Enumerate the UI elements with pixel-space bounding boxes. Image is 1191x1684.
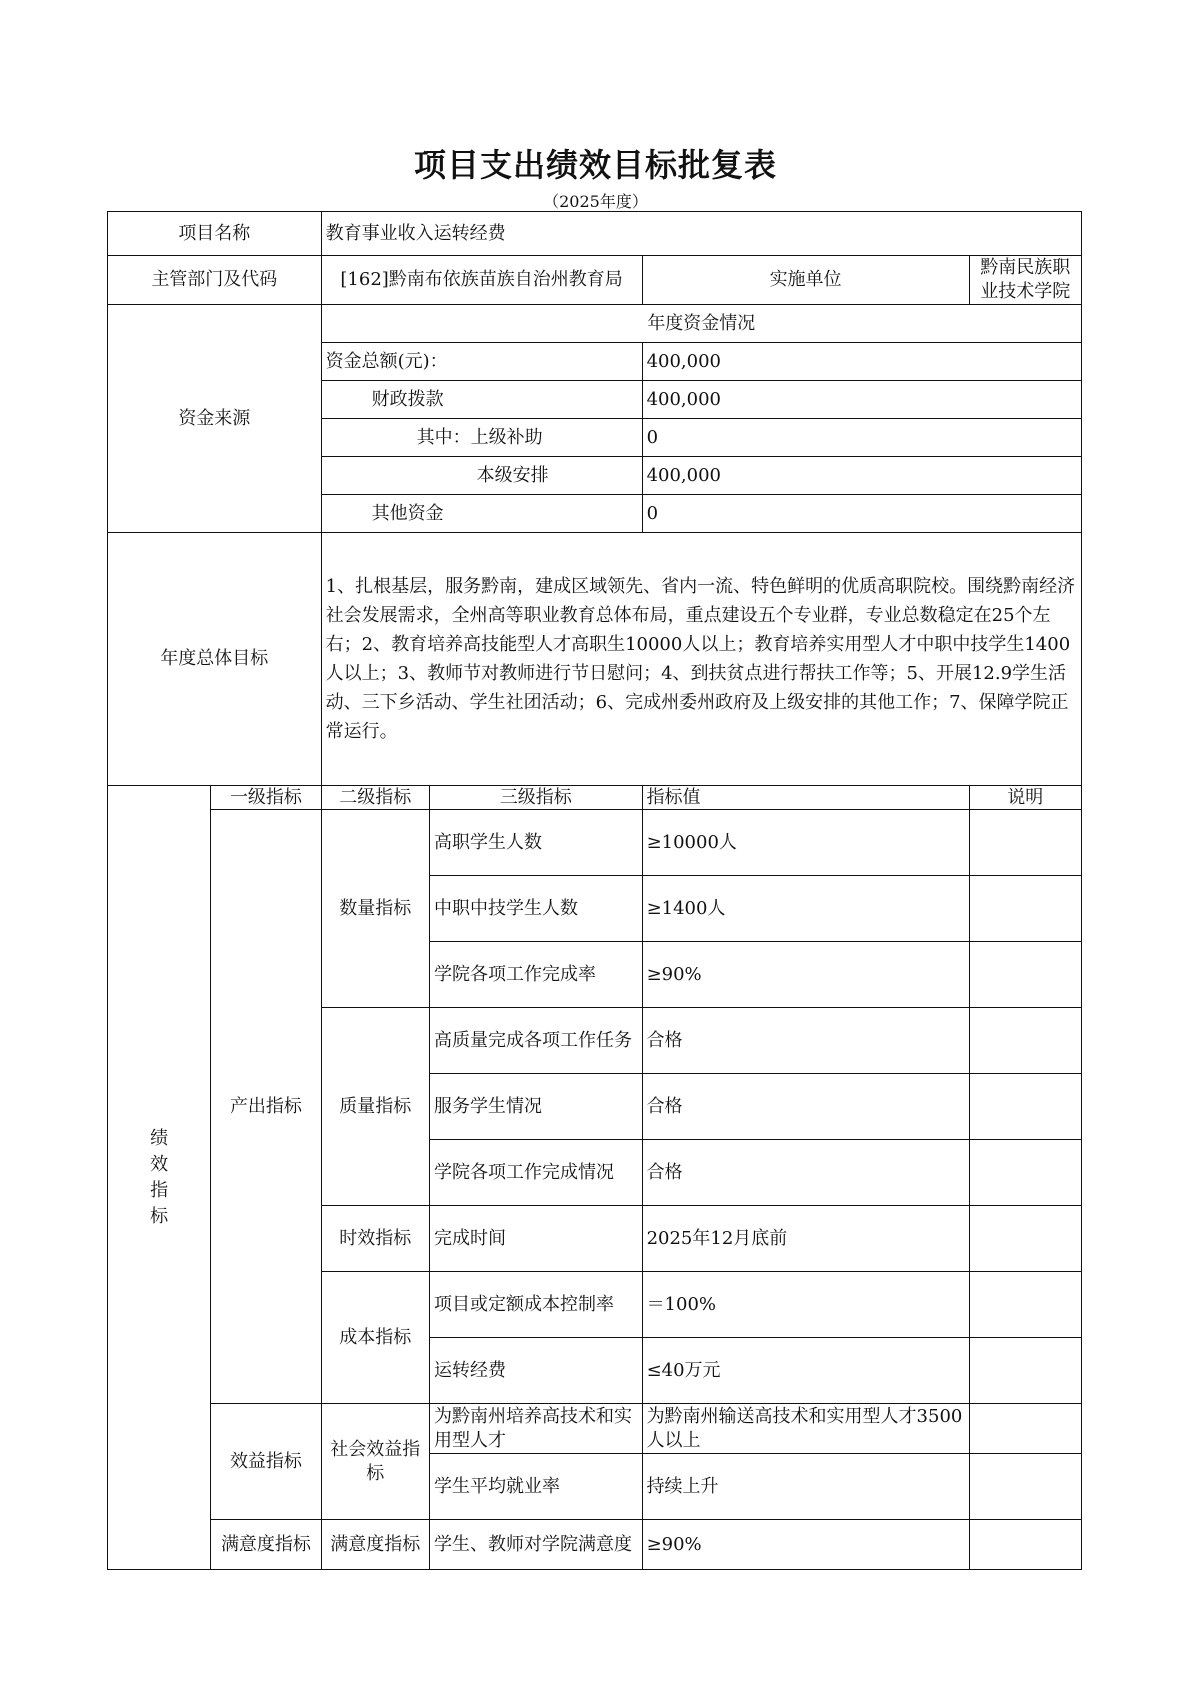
unit-value: 黔南民族职业技术学院	[969, 256, 1081, 305]
indicator-note	[969, 810, 1081, 876]
indicator-note	[969, 876, 1081, 942]
level3-item: 学生、教师对学院满意度	[429, 1520, 642, 1570]
indicator-value: 持续上升	[642, 1454, 969, 1520]
indicator-value: 合格	[642, 1008, 969, 1074]
level1-satisfaction: 满意度指标	[211, 1520, 321, 1570]
project-name-label: 项目名称	[108, 212, 322, 256]
header-level1: 一级指标	[211, 786, 321, 810]
indicator-note	[969, 1338, 1081, 1404]
level3-item: 服务学生情况	[429, 1074, 642, 1140]
indicator-value: 为黔南州输送高技术和实用型人才3500人以上	[642, 1404, 969, 1454]
indicator-note	[969, 1206, 1081, 1272]
indicators-section-label: 绩效指标	[108, 786, 211, 1570]
goal-text: 1、扎根基层，服务黔南，建成区域领先、省内一流、特色鲜明的优质高职院校。围绕黔南…	[321, 533, 1081, 786]
indicator-value: ≥1400人	[642, 876, 969, 942]
page-subtitle: （2025年度）	[0, 189, 1191, 212]
unit-label: 实施单位	[642, 256, 969, 305]
level2-cost: 成本指标	[321, 1272, 429, 1404]
funding-total-value: 400,000	[642, 343, 1081, 381]
funding-local-label: 本级安排	[321, 457, 642, 495]
header-level3: 三级指标	[429, 786, 642, 810]
indicator-value: 2025年12月底前	[642, 1206, 969, 1272]
level1-output: 产出指标	[211, 810, 321, 1404]
level2-timeliness: 时效指标	[321, 1206, 429, 1272]
level3-item: 高职学生人数	[429, 810, 642, 876]
indicator-note	[969, 1520, 1081, 1570]
indicator-value: ≥10000人	[642, 810, 969, 876]
indicator-value: ＝100%	[642, 1272, 969, 1338]
indicator-note	[969, 1404, 1081, 1454]
funding-other-value: 0	[642, 495, 1081, 533]
level3-item: 项目或定额成本控制率	[429, 1272, 642, 1338]
indicator-note	[969, 942, 1081, 1008]
level3-item: 学院各项工作完成率	[429, 942, 642, 1008]
performance-table: 项目名称 教育事业收入运转经费 主管部门及代码 [162]黔南布依族苗族自治州教…	[107, 211, 1082, 1570]
dept-value: [162]黔南布依族苗族自治州教育局	[321, 256, 642, 305]
level3-item: 为黔南州培养高技术和实用型人才	[429, 1404, 642, 1454]
level3-item: 完成时间	[429, 1206, 642, 1272]
indicator-note	[969, 1140, 1081, 1206]
indicator-value: ≥90%	[642, 942, 969, 1008]
funding-header: 年度资金情况	[321, 305, 1081, 343]
funding-fiscal-value: 400,000	[642, 381, 1081, 419]
funding-section-label: 资金来源	[108, 305, 322, 533]
project-name-value: 教育事业收入运转经费	[321, 212, 1081, 256]
level2-social-benefit: 社会效益指标	[321, 1404, 429, 1520]
funding-local-value: 400,000	[642, 457, 1081, 495]
dept-label: 主管部门及代码	[108, 256, 322, 305]
level3-item: 学院各项工作完成情况	[429, 1140, 642, 1206]
indicator-value: ≥90%	[642, 1520, 969, 1570]
header-level2: 二级指标	[321, 786, 429, 810]
funding-superior-label: 其中：上级补助	[321, 419, 642, 457]
header-note: 说明	[969, 786, 1081, 810]
level1-benefit: 效益指标	[211, 1404, 321, 1520]
indicator-note	[969, 1454, 1081, 1520]
level3-item: 中职中技学生人数	[429, 876, 642, 942]
level3-item: 运转经费	[429, 1338, 642, 1404]
indicator-value: ≤40万元	[642, 1338, 969, 1404]
funding-total-label: 资金总额(元)：	[321, 343, 642, 381]
goal-label: 年度总体目标	[108, 533, 322, 786]
level3-item: 学生平均就业率	[429, 1454, 642, 1520]
level3-item: 高质量完成各项工作任务	[429, 1008, 642, 1074]
level2-satisfaction: 满意度指标	[321, 1520, 429, 1570]
header-value: 指标值	[642, 786, 969, 810]
indicator-value: 合格	[642, 1074, 969, 1140]
indicator-value: 合格	[642, 1140, 969, 1206]
level2-quantity: 数量指标	[321, 810, 429, 1008]
funding-fiscal-label: 财政拨款	[321, 381, 642, 419]
level2-quality: 质量指标	[321, 1008, 429, 1206]
indicator-note	[969, 1008, 1081, 1074]
indicator-note	[969, 1272, 1081, 1338]
indicator-note	[969, 1074, 1081, 1140]
funding-superior-value: 0	[642, 419, 1081, 457]
page-title: 项目支出绩效目标批复表	[0, 140, 1191, 186]
funding-other-label: 其他资金	[321, 495, 642, 533]
